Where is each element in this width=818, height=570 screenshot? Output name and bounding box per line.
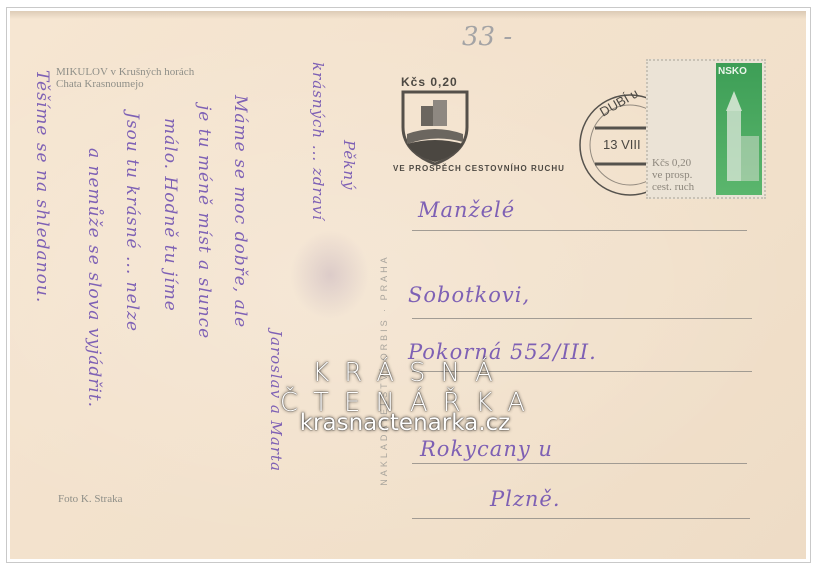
ink-smudge (290, 230, 370, 320)
watermark-url: krasnactenarka.cz (255, 410, 555, 436)
caption-line-2: Chata Krasnoumejo (56, 78, 194, 90)
message-line-1: Máme se moc dobře, ale (230, 95, 250, 328)
imprint-circle-text: VE PROSPĚCH CESTOVNÍHO RUCHU (393, 164, 565, 173)
side-message-1: Pěkný (340, 140, 358, 191)
postage-stamp: NSKO Kčs 0,20 ve prosp. cest. ruch (646, 59, 766, 199)
postmark-date: 13 VIII (603, 137, 641, 152)
address-line-4: Rokycany u (420, 437, 553, 461)
stamp-country: NSKO (718, 66, 747, 77)
imprint-value: Kčs 0,20 (401, 75, 458, 89)
message-line-3: málo. Hodně tu jíme (160, 118, 180, 312)
caption-line-1: MIKULOV v Krušných horách (56, 66, 194, 78)
stamp-overprint-1: ve prosp. (652, 169, 694, 181)
message-line-6: Těšíme se na shledanou. (32, 70, 52, 303)
stamp-value: Kčs 0,20 (652, 157, 694, 169)
printed-caption: MIKULOV v Krušných horách Chata Krasnoum… (56, 66, 194, 90)
scan-shadow (10, 11, 806, 19)
message-line-5: a nemůže se slova vyjádřit. (84, 148, 104, 408)
message-line-4: Jsou tu krásné ... nelze (122, 112, 142, 332)
message-line-2: je tu méně míst a slunce (194, 105, 214, 339)
address-rule (412, 230, 747, 231)
address-rule (412, 318, 752, 319)
address-rule (412, 463, 747, 464)
church-tower-icon (718, 81, 762, 191)
address-line-2: Sobotkovi, (408, 283, 530, 307)
address-line-1: Manželé (418, 198, 515, 222)
photo-credit: Foto K. Straka (58, 493, 122, 505)
address-line-5: Plzně. (490, 487, 561, 511)
stamp-overprint-2: cest. ruch (652, 181, 694, 193)
address-rule (412, 518, 750, 519)
watermark-title: KRÁSNÁ ČTENÁŘKA (175, 358, 645, 418)
side-message-2: krásných ... zdraví (309, 62, 327, 221)
archive-number: 33 - (462, 22, 512, 52)
